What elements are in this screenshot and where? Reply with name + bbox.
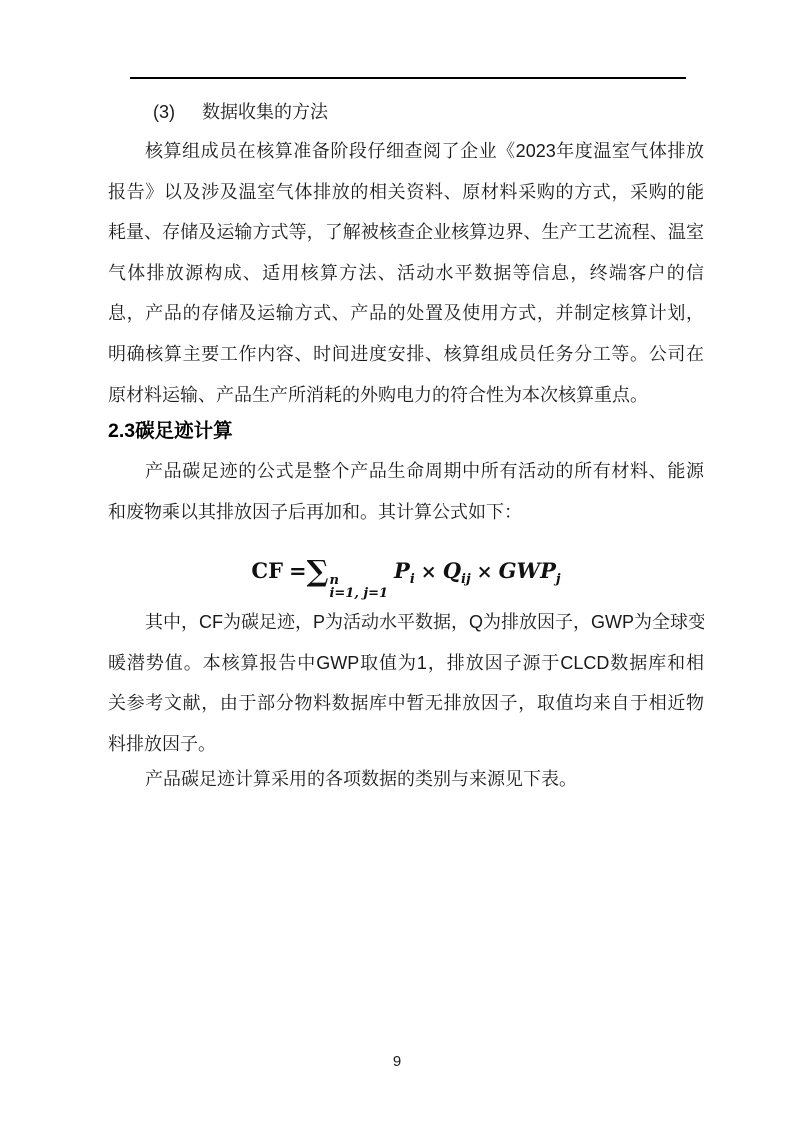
text-line: 其中，CF为碳足迹，P为活动水平数据，Q为排放因子，GWP为全球变 xyxy=(108,602,704,643)
formula-gwp: GWPj xyxy=(499,558,561,583)
document-page: (3)数据收集的方法 核算组成员在核算准备阶段仔细查阅了企业《2023年度温室气… xyxy=(0,0,794,1123)
text-line: 气体排放源构成、适用核算方法、活动水平数据等信息，终端客户的信 xyxy=(108,253,704,294)
sigma-limits: ni=1, j=1 xyxy=(329,574,388,600)
carbon-footprint-formula: CF=∑ni=1, j=1Pi×Qij×GWPj xyxy=(108,542,704,600)
formula-equals: = xyxy=(283,558,307,583)
text-line: 原材料运输、产品生产所消耗的外购电力的符合性为本次核算重点。 xyxy=(108,375,704,416)
sigma-lower-limit: i=1, j=1 xyxy=(329,587,388,600)
text-line: 和废物乘以其排放因子后再加和。其计算公式如下： xyxy=(108,492,704,533)
paragraph-formula-intro: 产品碳足迹的公式是整个产品生命周期中所有活动的所有材料、能源 和废物乘以其排放因… xyxy=(108,451,704,532)
multiply-sign: × xyxy=(471,561,499,583)
paragraph-data-source-note: 产品碳足迹计算采用的各项数据的类别与来源见下表。 xyxy=(108,759,704,800)
paragraph-data-collection: 核算组成员在核算准备阶段仔细查阅了企业《2023年度温室气体排放 报告》以及涉及… xyxy=(108,131,704,415)
paragraph-formula-explanation: 其中，CF为碳足迹，P为活动水平数据，Q为排放因子，GWP为全球变 暖潜势值。本… xyxy=(108,602,704,764)
section-heading-2-3: 2.3碳足迹计算 xyxy=(108,418,704,444)
header-rule xyxy=(130,77,686,79)
formula-q: Qij xyxy=(443,558,471,583)
text-line: 息，产品的存储及运输方式、产品的处置及使用方式，并制定核算计划， xyxy=(108,293,704,334)
formula-p: Pi xyxy=(388,558,415,583)
text-line: 报告》以及涉及温室气体排放的相关资料、原材料采购的方式，采购的能 xyxy=(108,172,704,213)
sigma-symbol: ∑ xyxy=(307,554,329,588)
text-line: 核算组成员在核算准备阶段仔细查阅了企业《2023年度温室气体排放 xyxy=(108,131,704,172)
subitem-heading: (3)数据收集的方法 xyxy=(108,100,704,124)
text-line: 耗量、存储及运输方式等，了解被核查企业核算边界、生产工艺流程、温室 xyxy=(108,212,704,253)
page-number: 9 xyxy=(0,1052,794,1072)
text-line: 关参考文献，由于部分物料数据库中暂无排放因子，取值均来自于相近物 xyxy=(108,683,704,724)
subitem-title: 数据收集的方法 xyxy=(202,102,328,122)
subitem-number: (3) xyxy=(153,100,175,124)
text-line: 产品碳足迹的公式是整个产品生命周期中所有活动的所有材料、能源 xyxy=(108,451,704,492)
text-line: 明确核算主要工作内容、时间进度安排、核算组成员任务分工等。公司在 xyxy=(108,334,704,375)
formula-gwp-subscript: j xyxy=(556,572,561,587)
text-line: 暖潜势值。本核算报告中GWP取值为1，排放因子源于CLCD数据库和相 xyxy=(108,643,704,684)
multiply-sign: × xyxy=(415,561,443,583)
formula-lhs: CF xyxy=(251,558,283,583)
text-line: 产品碳足迹计算采用的各项数据的类别与来源见下表。 xyxy=(108,759,704,800)
formula-q-subscript: ij xyxy=(461,572,471,587)
